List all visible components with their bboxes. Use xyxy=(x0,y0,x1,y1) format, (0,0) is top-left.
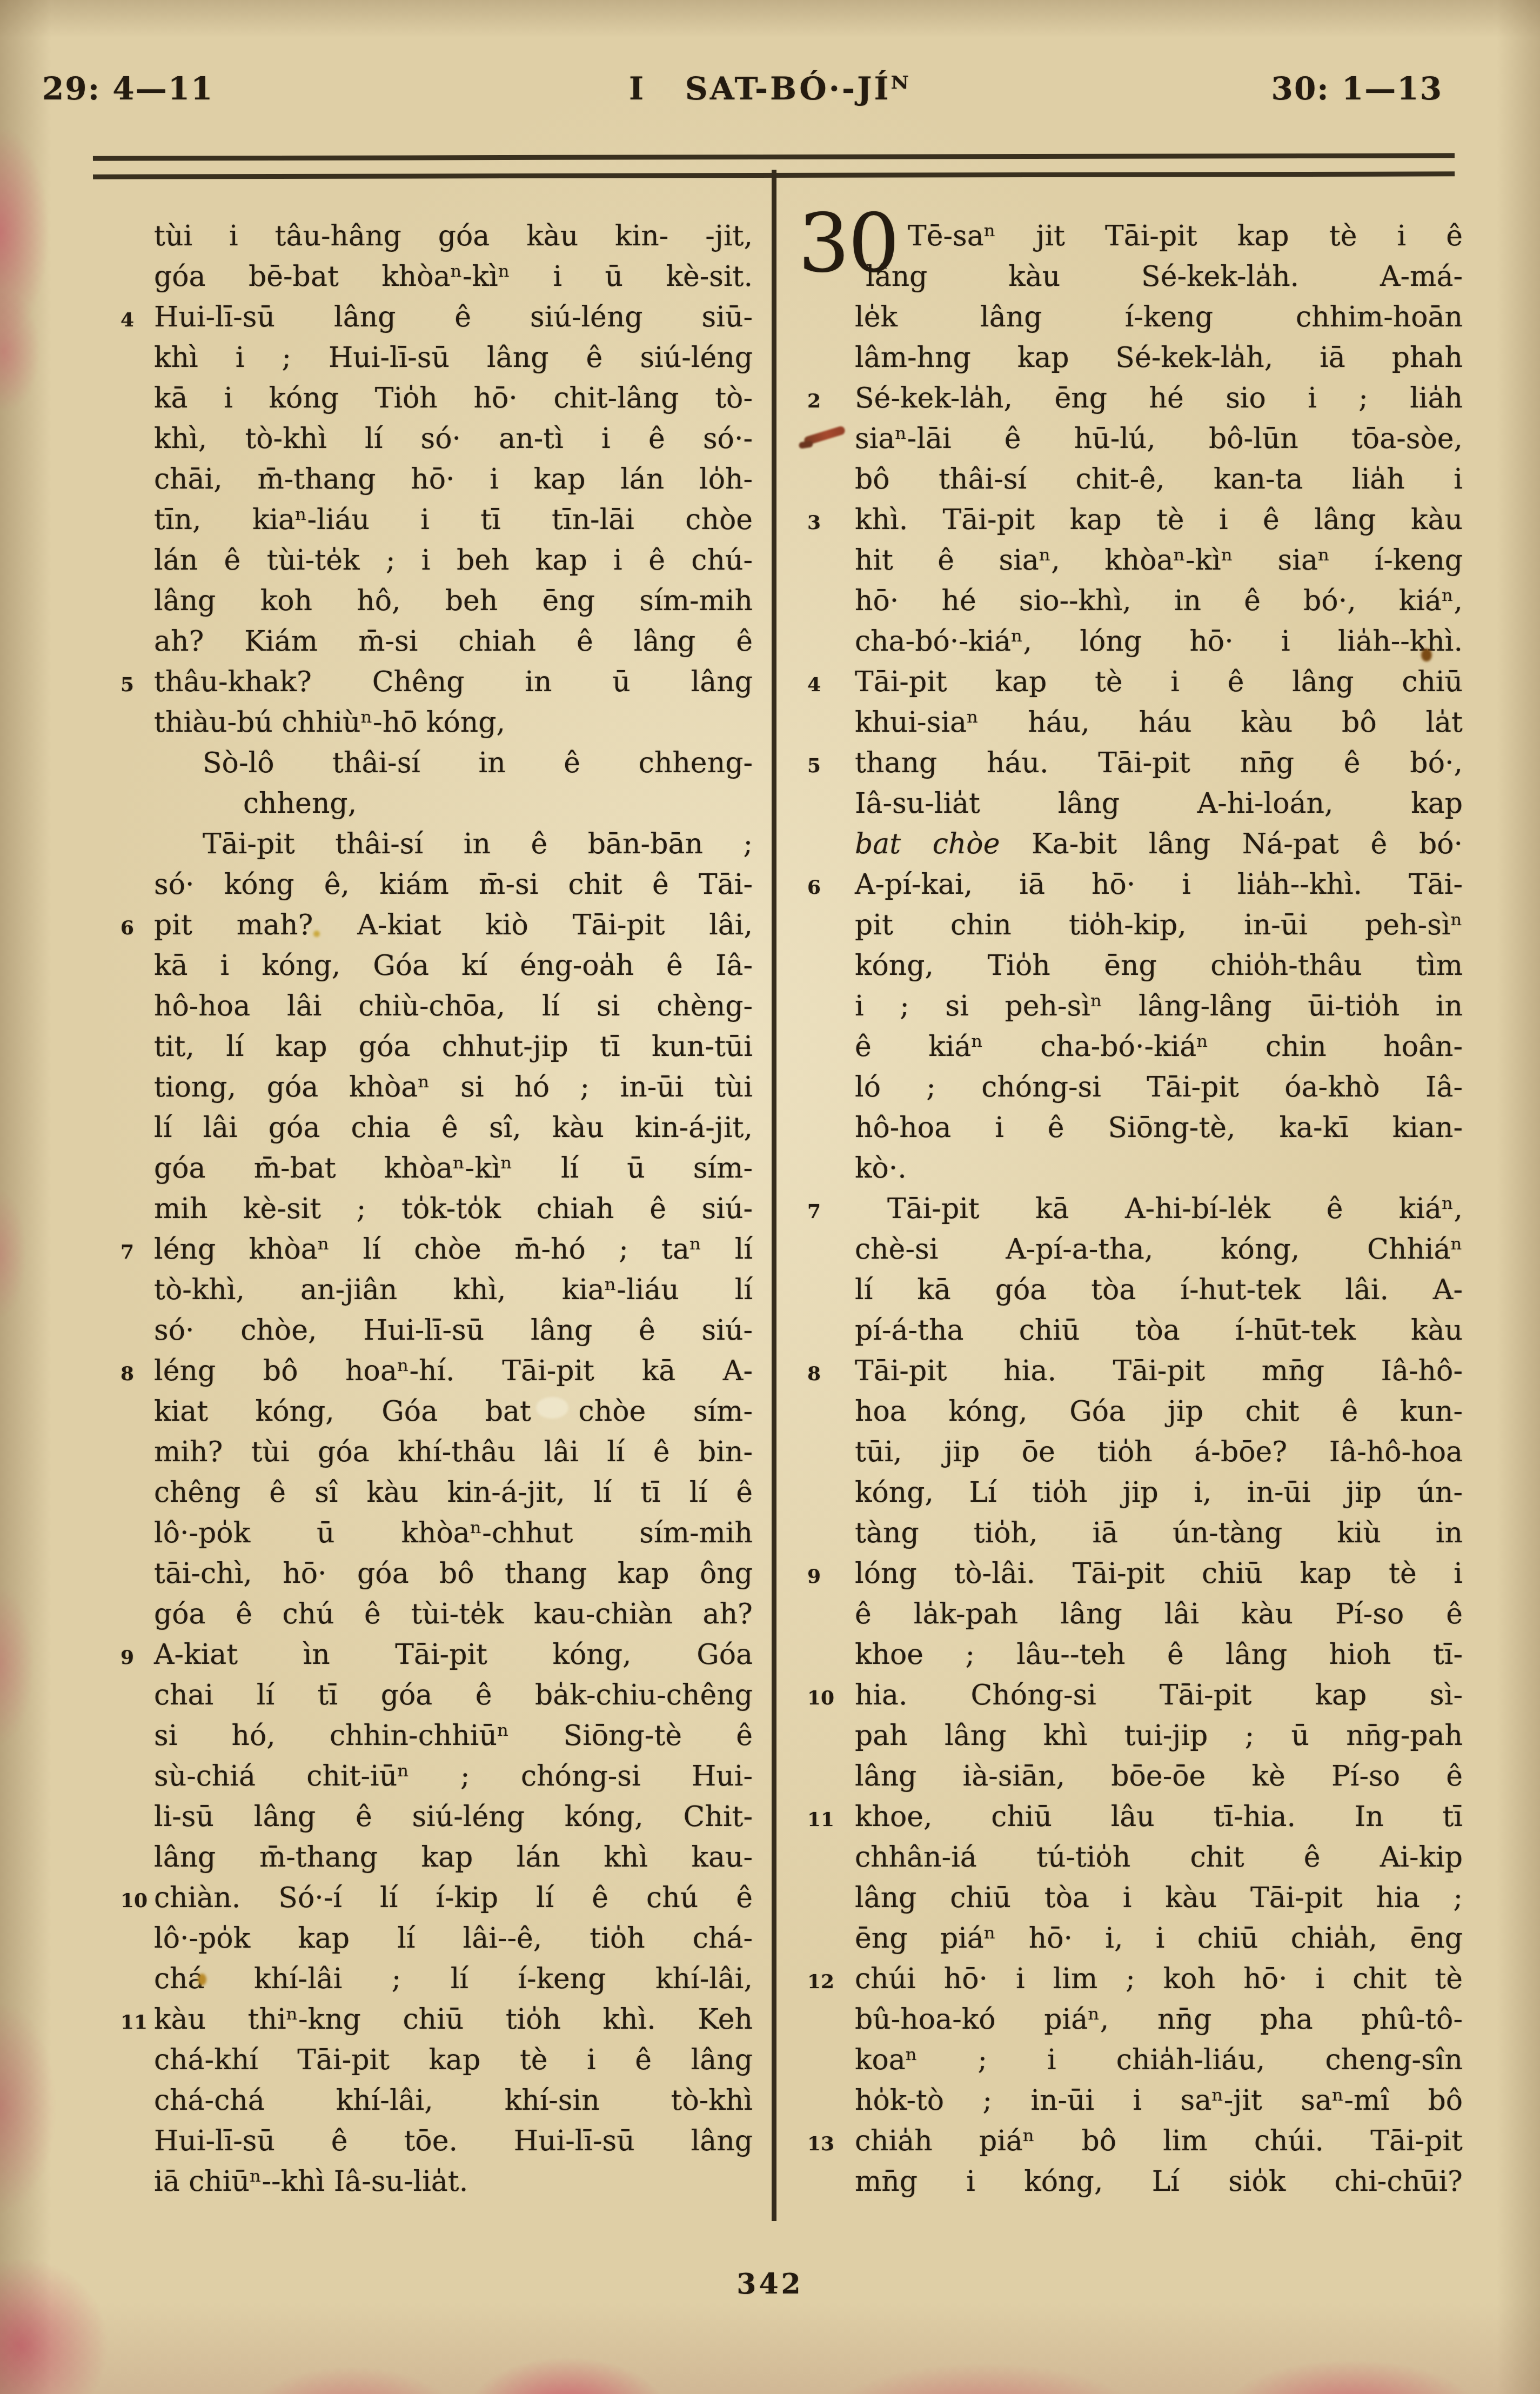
text-line: Tē-saⁿ jit Tāi-pit kap tè i ê xyxy=(855,216,1463,257)
text-line: 3khì. Tāi-pit kap tè i ê lâng kàu xyxy=(855,500,1463,540)
text-line: mn̄g i kóng, Lí sio̍k chi-chūi? xyxy=(855,2162,1463,2202)
text-line: 8Tāi-pit hia. Tāi-pit mn̄g Iâ-hô- xyxy=(855,1351,1463,1392)
verse-number: 6 xyxy=(807,867,821,908)
text-line: pah lâng khì tui-jip ; ū nn̄g-pah xyxy=(855,1716,1463,1756)
text-line: 10chiàn. Só·-í lí í-kip lí ê chú ê xyxy=(154,1878,753,1918)
text-line: chêng ê sî kàu kin-á-jit, lí tī lí ê xyxy=(154,1473,753,1513)
verse-number: 5 xyxy=(120,665,134,705)
text-line: tīn, kiaⁿ-liáu i tī tīn-lāi chòe xyxy=(154,500,753,540)
text-line: chá-chá khí-lâi, khí-sin tò-khì xyxy=(154,2081,753,2121)
text-line: koaⁿ ; i chia̍h-liáu, cheng-sîn xyxy=(855,2040,1463,2081)
text-line: só· kóng ê, kiám m̄-si chit ê Tāi- xyxy=(154,865,753,905)
text-line: tāi-chì, hō· góa bô thang kap ông xyxy=(154,1554,753,1594)
text-line: Hui-lī-sū ê tōe. Hui-lī-sū lâng xyxy=(154,2121,753,2162)
running-head-right-verse-range: 30: 1—13 xyxy=(1271,70,1443,107)
verse-number: 9 xyxy=(807,1556,821,1597)
text-line: khoe ; lâu--teh ê lâng hioh tī- xyxy=(855,1635,1463,1675)
text-line: Sò-lô thâi-sí in ê chheng- xyxy=(154,743,753,784)
verse-number: 2 xyxy=(807,381,821,422)
verse-number: 11 xyxy=(807,1800,834,1840)
text-line: lâng ià-siān, bōe-ōe kè Pí-so ê xyxy=(855,1756,1463,1797)
text-line: kiat kóng, Góa bat chòe sím- xyxy=(154,1392,753,1432)
verse-number: 13 xyxy=(807,2124,834,2164)
text-line: 9lóng tò-lâi. Tāi-pit chiū kap tè i xyxy=(855,1554,1463,1594)
verse-number: 3 xyxy=(807,503,821,543)
text-line: 5thang háu. Tāi-pit nn̄g ê bó·, xyxy=(855,743,1463,784)
text-line: Tāi-pit thâi-sí in ê bān-bān ; xyxy=(154,824,753,865)
verse-number: 6 xyxy=(120,908,134,948)
text-line: 8léng bô hoaⁿ-hí. Tāi-pit kā A- xyxy=(154,1351,753,1392)
text-line: iā chiūⁿ--khì Iâ-su-lia̍t. xyxy=(154,2162,753,2202)
column-divider-rule xyxy=(772,170,776,2221)
text-line: i ; si peh-sìⁿ lâng-lâng ūi-tio̍h in xyxy=(855,986,1463,1027)
text-line: ê la̍k-pah lâng lâi kàu Pí-so ê xyxy=(855,1594,1463,1635)
text-line: tùi i tâu-hâng góa kàu kin- -jit, xyxy=(154,216,753,257)
text-line: kā i kóng Tio̍h hō· chit-lâng tò- xyxy=(154,378,753,419)
text-line: góa ê chú ê tùi-te̍k kau-chiàn ah? xyxy=(154,1594,753,1635)
page-number: 342 xyxy=(0,2268,1540,2301)
text-line: chāi, m̄-thang hō· i kap lán lo̍h- xyxy=(154,459,753,500)
text-line: cha-bó·-kiáⁿ, lóng hō· i lia̍h--khì. xyxy=(855,621,1463,662)
text-line: lâm-hng kap Sé-kek-la̍h, iā phah xyxy=(855,338,1463,378)
text-line: lâng m̄-thang kap lán khì kau- xyxy=(154,1837,753,1878)
text-line: tò-khì, an-jiân khì, kiaⁿ-liáu lí xyxy=(154,1270,753,1310)
text-line: ēng piáⁿ hō· i, i chiū chia̍h, ēng xyxy=(855,1918,1463,1959)
text-line: kóng, Tio̍h ēng chio̍h-thâu tìm xyxy=(855,946,1463,986)
text-line: lâng chiū tòa i kàu Tāi-pit hia ; xyxy=(855,1878,1463,1918)
text-line: li-sū lâng ê siú-léng kóng, Chit- xyxy=(154,1797,753,1837)
text-line: 5thâu-khak? Chêng in ū lâng xyxy=(154,662,753,703)
text-line: chè-si A-pí-a-tha, kóng, Chhiáⁿ xyxy=(855,1229,1463,1270)
text-line: siaⁿ-lāi ê hū-lú, bô-lūn tōa-sòe, xyxy=(855,419,1463,459)
text-line: hō· hé sio--khì, in ê bó·, kiáⁿ, xyxy=(855,581,1463,621)
text-line: 13chia̍h piáⁿ bô lim chúi. Tāi-pit xyxy=(855,2121,1463,2162)
text-line: 7léng khòaⁿ lí chòe m̄-hó ; taⁿ lí xyxy=(154,1229,753,1270)
text-line: 9A-kiat ìn Tāi-pit kóng, Góa xyxy=(154,1635,753,1675)
verse-number: 7 xyxy=(807,1192,821,1232)
paper-stain xyxy=(536,1397,568,1419)
text-line: lâng koh hô, beh ēng sím-mih xyxy=(154,581,753,621)
text-line: góa bē-bat khòaⁿ-kìⁿ i ū kè-sit. xyxy=(154,257,753,297)
text-line: mih? tùi góa khí-thâu lâi lí ê bin- xyxy=(154,1432,753,1473)
paper-stain xyxy=(313,931,320,937)
paper-stain xyxy=(198,1974,206,1985)
text-line: ê kiáⁿ cha-bó·-kiáⁿ chin hoân- xyxy=(855,1027,1463,1067)
text-line: hô-hoa i ê Siōng-tè, ka-kī kian- xyxy=(855,1108,1463,1148)
text-line: kā i kóng, Góa kí éng-oa̍h ê Iâ- xyxy=(154,946,753,986)
verse-number: 9 xyxy=(120,1637,134,1678)
text-line: tiong, góa khòaⁿ si hó ; in-ūi tùi xyxy=(154,1067,753,1108)
right-text-column: 30 Tē-saⁿ jit Tāi-pit kap tè i êlâng kàu… xyxy=(855,216,1463,2202)
red-pen-mark xyxy=(803,425,846,446)
text-line: khì, tò-khì lí só· an-tì i ê só·- xyxy=(154,419,753,459)
text-line: khui-siaⁿ háu, háu kàu bô la̍t xyxy=(855,703,1463,743)
text-line: chá-khí Tāi-pit kap tè i ê lâng xyxy=(154,2040,753,2081)
text-line: lâng kàu Sé-kek-la̍h. A-má- xyxy=(855,257,1463,297)
text-line: góa m̄-bat khòaⁿ-kìⁿ lí ū sím- xyxy=(154,1148,753,1189)
text-line: kò·. xyxy=(855,1148,1463,1189)
text-line: 10hia. Chóng-si Tāi-pit kap sì- xyxy=(855,1675,1463,1716)
text-line: bô thâi-sí chit-ê, kan-ta lia̍h i xyxy=(855,459,1463,500)
text-line: 4Hui-lī-sū lâng ê siú-léng siū- xyxy=(154,297,753,338)
text-line: lô·-po̍k kap lí lâi--ê, tio̍h chá- xyxy=(154,1918,753,1959)
text-line: ló ; chóng-si Tāi-pit óa-khò Iâ- xyxy=(855,1067,1463,1108)
verse-number: 4 xyxy=(120,300,134,340)
verse-number: 12 xyxy=(807,1962,834,2002)
text-line: thiàu-bú chhiùⁿ-hō kóng, xyxy=(154,703,753,743)
verse-number: 8 xyxy=(120,1354,134,1394)
verse-number: 7 xyxy=(120,1232,134,1273)
text-line: chheng, xyxy=(154,784,753,824)
paper-stain xyxy=(1421,648,1432,661)
text-line: tūi, jip ōe tio̍h á-bōe? Iâ-hô-hoa xyxy=(855,1432,1463,1473)
text-line: 2Sé-kek-la̍h, ēng hé sio i ; lia̍h xyxy=(855,378,1463,419)
text-line: pit chin tio̍h-kip, in-ūi peh-sìⁿ xyxy=(855,905,1463,946)
verse-number: 4 xyxy=(807,665,821,705)
text-line: 7Tāi-pit kā A-hi-bí-le̍k ê kiáⁿ, xyxy=(855,1189,1463,1229)
verse-number: 5 xyxy=(807,746,821,786)
text-line: 6pit mah? A-kiat kiò Tāi-pit lâi, xyxy=(154,905,753,946)
text-line: hit ê siaⁿ, khòaⁿ-kìⁿ siaⁿ í-keng xyxy=(855,540,1463,581)
text-line: ho̍k-tò ; in-ūi i saⁿ-jit saⁿ-mî bô xyxy=(855,2081,1463,2121)
text-line: chai lí tī góa ê ba̍k-chiu-chêng xyxy=(154,1675,753,1716)
text-line: tàng tio̍h, iā ún-tàng kiù in xyxy=(855,1513,1463,1554)
text-line: hô-hoa lâi chiù-chōa, lí si chèng- xyxy=(154,986,753,1027)
text-line: chá khí-lâi ; lí í-keng khí-lâi, xyxy=(154,1959,753,2000)
text-line: kóng, Lí tio̍h jip i, in-ūi jip ún- xyxy=(855,1473,1463,1513)
text-line: bat chòe Ka-bit lâng Ná-pat ê bó· xyxy=(855,824,1463,865)
text-line: 4Tāi-pit kap tè i ê lâng chiū xyxy=(855,662,1463,703)
text-line: 6A-pí-kai, iā hō· i lia̍h--khì. Tāi- xyxy=(855,865,1463,905)
text-line: lô·-po̍k ū khòaⁿ-chhut sím-mih xyxy=(154,1513,753,1554)
verse-number: 10 xyxy=(807,1678,834,1718)
text-line: khì i ; Hui-lī-sū lâng ê siú-léng xyxy=(154,338,753,378)
text-line: hoa kóng, Góa jip chit ê kun- xyxy=(855,1392,1463,1432)
text-line: si hó, chhin-chhiūⁿ Siōng-tè ê xyxy=(154,1716,753,1756)
text-line: 12chúi hō· i lim ; koh hō· i chit tè xyxy=(855,1959,1463,2000)
text-line: 11kàu thiⁿ-kng chiū tio̍h khì. Keh xyxy=(154,2000,753,2040)
text-line: bû-hoa-kó piáⁿ, nn̄g pha phû-tô- xyxy=(855,2000,1463,2040)
text-line: sù-chiá chit-iūⁿ ; chóng-si Hui- xyxy=(154,1756,753,1797)
text-line: ah? Kiám m̄-si chiah ê lâng ê xyxy=(154,621,753,662)
text-line: chhân-iá tú-tio̍h chit ê Ai-kip xyxy=(855,1837,1463,1878)
text-line: mih kè-sit ; to̍k-to̍k chiah ê siú- xyxy=(154,1189,753,1229)
text-line: tit, lí kap góa chhut-jip tī kun-tūi xyxy=(154,1027,753,1067)
text-line: Iâ-su-lia̍t lâng A-hi-loán, kap xyxy=(855,784,1463,824)
verse-number: 11 xyxy=(120,2002,148,2043)
italic-phrase: bat chòe xyxy=(855,828,1000,860)
text-line: só· chòe, Hui-lī-sū lâng ê siú- xyxy=(154,1310,753,1351)
text-line: 11khoe, chiū lâu tī-hia. In tī xyxy=(855,1797,1463,1837)
verse-number: 8 xyxy=(807,1354,821,1394)
left-text-column: tùi i tâu-hâng góa kàu kin- -jit,góa bē-… xyxy=(154,216,753,2202)
text-line: le̍k lâng í-keng chhim-hoān xyxy=(855,297,1463,338)
scanned-bible-page: 29: 4—11 I SAT-BÓ·-JÍᴺ 30: 1—13 tùi i tâ… xyxy=(0,0,1540,2394)
verse-number: 10 xyxy=(120,1881,148,1921)
text-line: lí kā góa tòa í-hut-tek lâi. A- xyxy=(855,1270,1463,1310)
text-line: lí lâi góa chia ê sî, kàu kin-á-jit, xyxy=(154,1108,753,1148)
text-line: lán ê tùi-te̍k ; i beh kap i ê chú- xyxy=(154,540,753,581)
text-line: pí-á-tha chiū tòa í-hūt-tek kàu xyxy=(855,1310,1463,1351)
